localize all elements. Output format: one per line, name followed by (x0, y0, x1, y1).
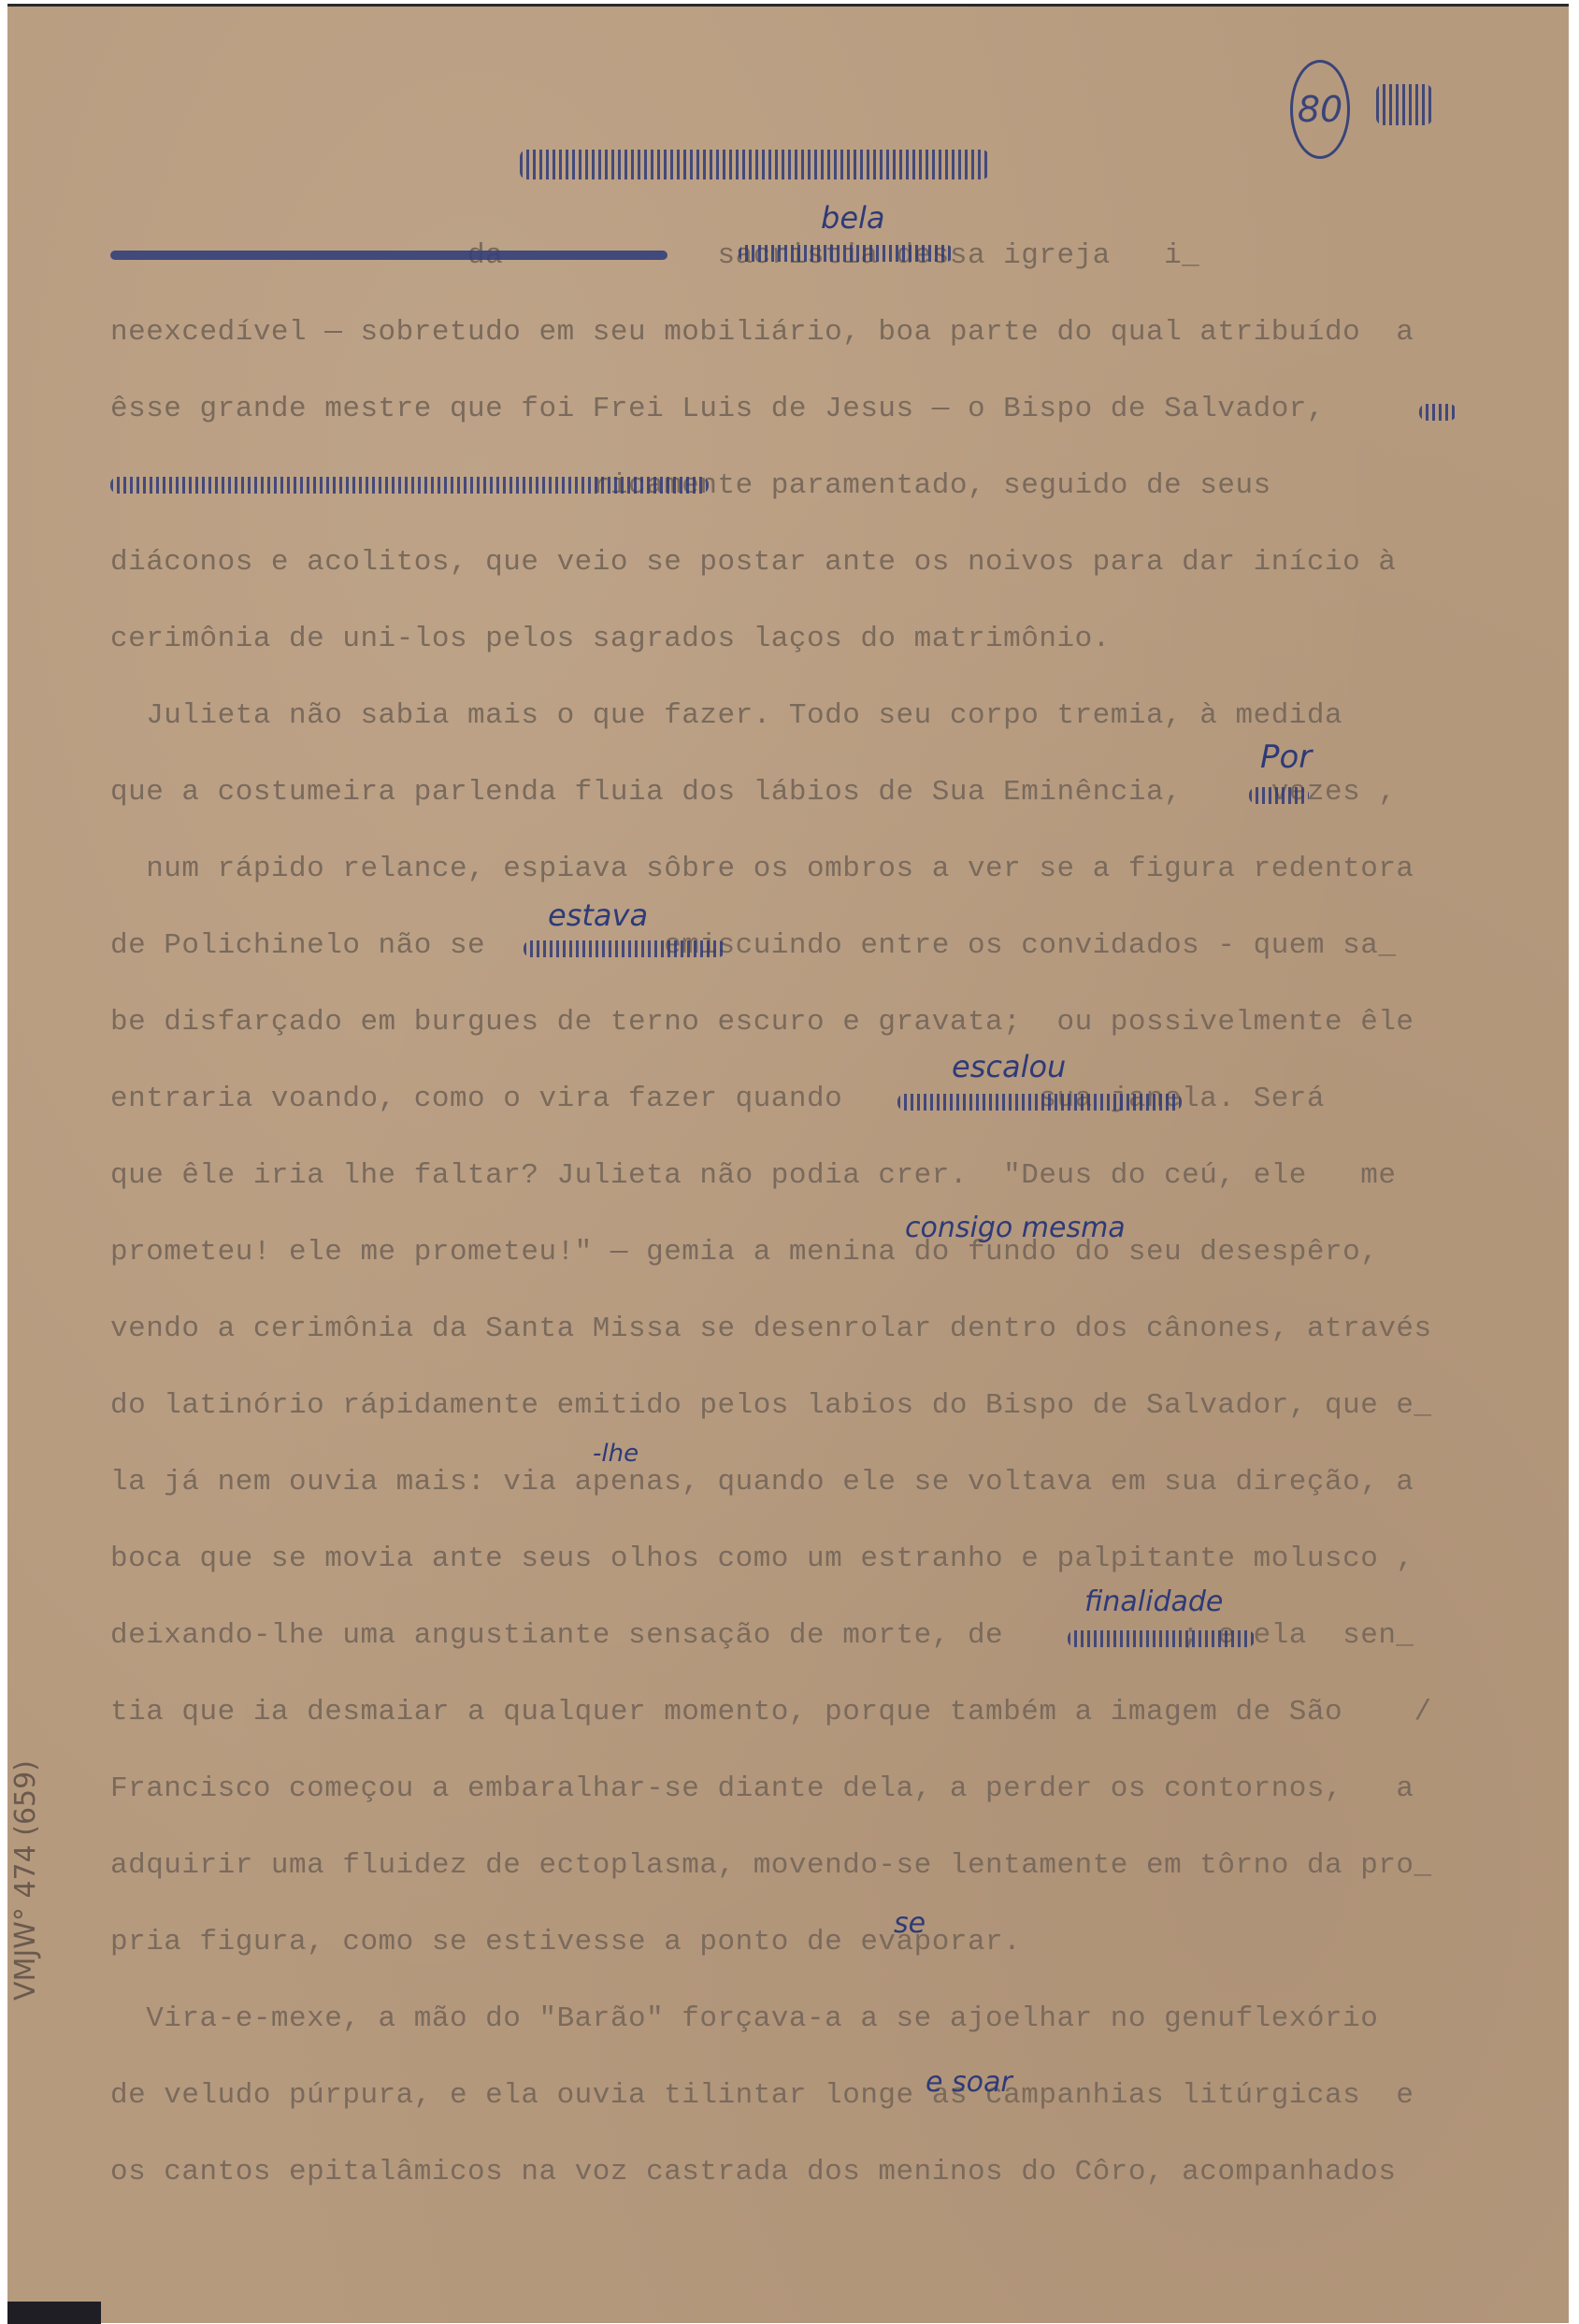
scribble-line4 (110, 477, 709, 494)
typed-line: la já nem ouvia mais: via apenas, quando… (110, 1468, 1414, 1497)
typed-line: prometeu! ele me prometeu!" — gemia a me… (110, 1238, 1378, 1267)
margin-archive-note: VMJW° 474 (659) (9, 1760, 42, 2001)
insertion-e-soar: e soar (926, 2066, 1012, 2099)
scribbled-mark-top-right (1376, 84, 1432, 125)
insertion-escalou: escalou (952, 1049, 1066, 1084)
typed-line: êsse grande mestre que foi Frei Luis de … (110, 395, 1325, 423)
scribble-line3-end (1419, 404, 1457, 421)
typed-line: do latinório rápidamente emitido pelos l… (110, 1391, 1432, 1420)
scribble-por (1249, 787, 1309, 804)
typed-line: vendo a cerimônia da Santa Missa se dese… (110, 1314, 1432, 1343)
scan-corner-tab (7, 2302, 101, 2324)
scribble-estava (524, 940, 725, 957)
insertion-estava: estava (548, 897, 648, 933)
typed-line: boca que se movia ante seus olhos como u… (110, 1544, 1414, 1573)
typed-line: Vira-e-mexe, a mão do "Barão" forçava-a … (110, 2004, 1378, 2033)
scribble-finalidade (1068, 1630, 1255, 1647)
insertion-bela: bela (821, 200, 885, 236)
typed-line: de Polichinelo não se emiscuindo entre o… (110, 931, 1396, 960)
typed-line: num rápido relance, espiava sôbre os omb… (110, 854, 1414, 883)
typed-line: de veludo púrpura, e ela ouvia tilintar … (110, 2081, 1414, 2110)
typed-line: os cantos epitalâmicos na voz castrada d… (110, 2158, 1396, 2187)
typed-line: que a costumeira parlenda fluia dos lábi… (110, 778, 1396, 807)
typed-line: tia que ia desmaiar a qualquer momento, … (110, 1698, 1432, 1727)
insertion-por: Por (1260, 739, 1312, 776)
insertion-consigo-mesma: consigo mesma (905, 1212, 1126, 1244)
typed-line: Julieta não sabia mais o que fazer. Todo… (110, 701, 1342, 730)
typed-line: neexcedível — sobretudo em seu mobiliári… (110, 318, 1414, 347)
typed-line: adquirir uma fluidez de ectoplasma, move… (110, 1851, 1432, 1880)
insertion-se: se (894, 1907, 926, 1940)
typed-line: pria figura, como se estivesse a ponto d… (110, 1928, 1021, 1957)
insertion-finalidade: finalidade (1084, 1585, 1223, 1618)
page-number: 80 (1290, 60, 1350, 159)
insertion-lhe: -lhe (593, 1440, 639, 1468)
scribble-escalou (897, 1094, 1182, 1111)
scribble-line1 (739, 245, 954, 262)
typed-line: Francisco começou a embaralhar-se diante… (110, 1774, 1414, 1803)
scribbled-heading (520, 150, 989, 179)
strikethrough-line1 (110, 251, 667, 260)
typed-line: que êle iria lhe faltar? Julieta não pod… (110, 1161, 1396, 1190)
typed-line: diáconos e acolitos, que veio se postar … (110, 548, 1396, 577)
typed-line: cerimônia de uni-los pelos sagrados laço… (110, 624, 1111, 653)
typed-line: be disfarçado em burgues de terno escuro… (110, 1008, 1414, 1037)
